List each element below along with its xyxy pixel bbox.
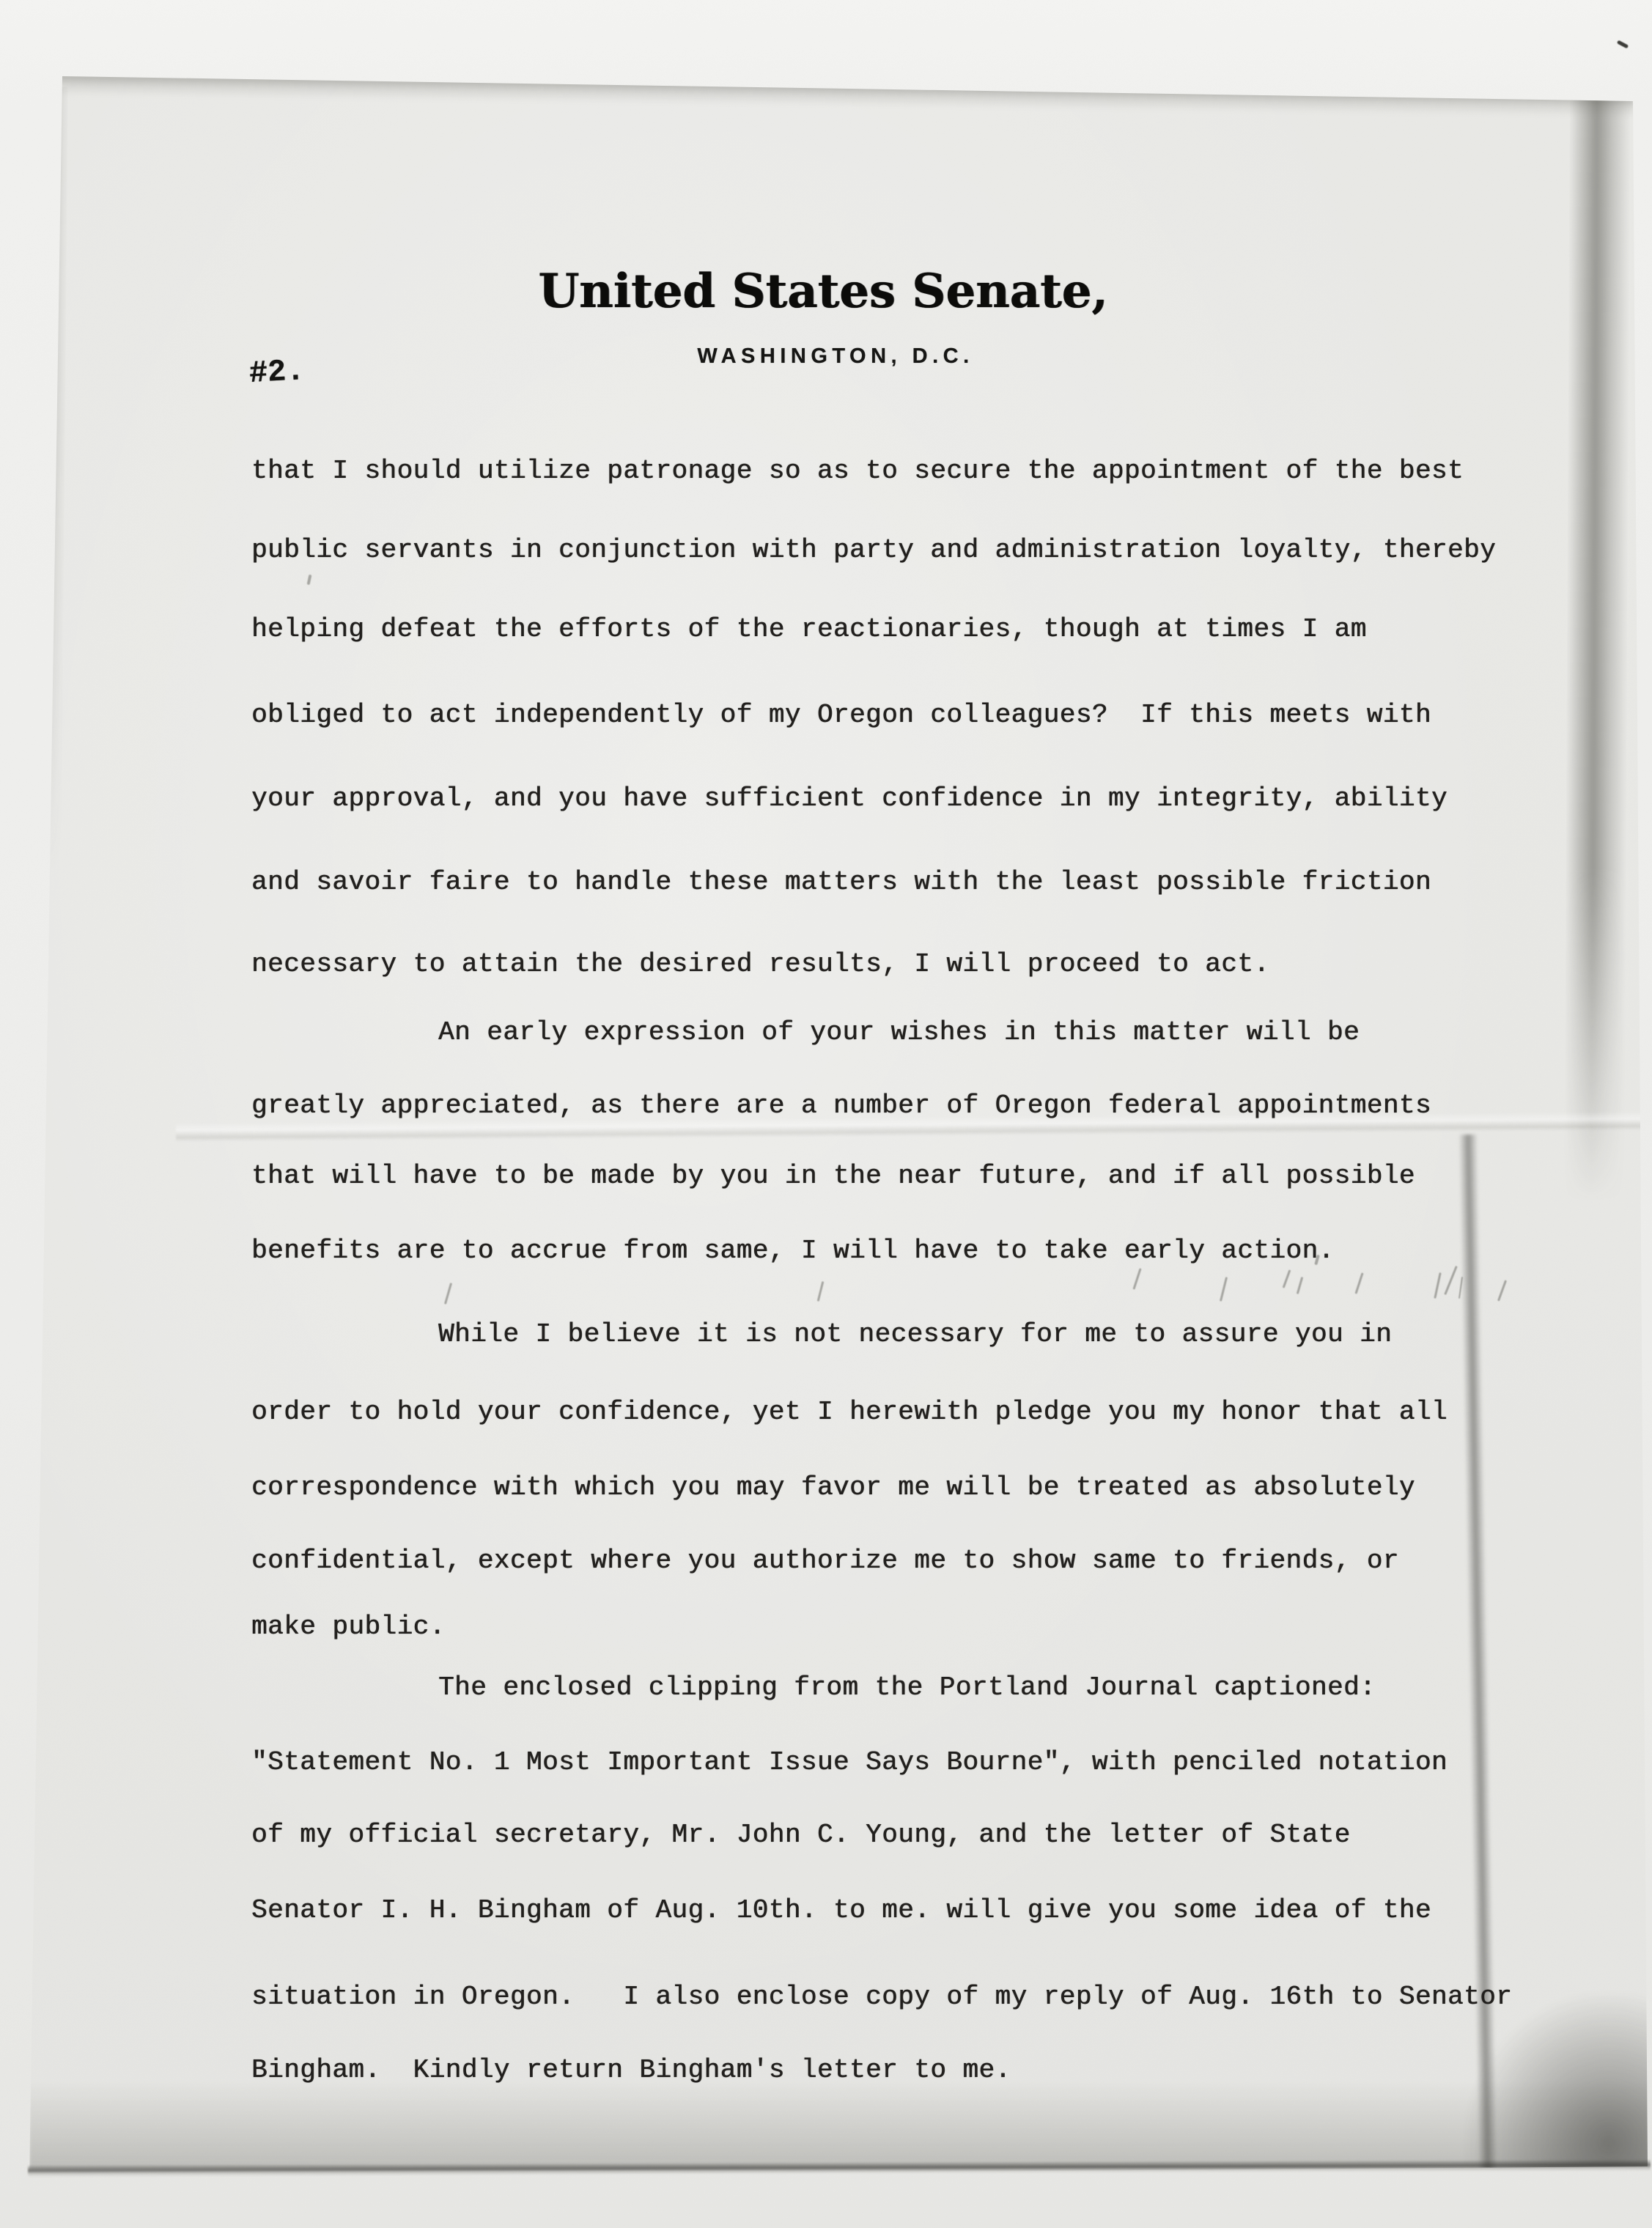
- letter-line: helping defeat the efforts of the reacti…: [251, 614, 1367, 645]
- letter-line: While I believe it is not necessary for …: [438, 1319, 1392, 1350]
- letter-line: make public.: [251, 1612, 446, 1642]
- letter-line: The enclosed clipping from the Portland …: [438, 1672, 1376, 1703]
- letter-line: of my official secretary, Mr. John C. Yo…: [251, 1820, 1351, 1851]
- letter-line: situation in Oregon. I also enclose copy…: [251, 1982, 1512, 2013]
- letter-line: An early expression of your wishes in th…: [438, 1017, 1360, 1048]
- letter-line: Senator I. H. Bingham of Aug. 10th. to m…: [251, 1895, 1431, 1926]
- letter-line: benefits are to accrue from same, I will…: [251, 1236, 1335, 1266]
- letter-line: that I should utilize patronage so as to…: [251, 456, 1464, 487]
- letter-line: Bingham. Kindly return Bingham's letter …: [251, 2055, 1011, 2086]
- letter-line: that will have to be made by you in the …: [251, 1161, 1415, 1192]
- letter-line: greatly appreciated, as there are a numb…: [251, 1091, 1431, 1121]
- letter-line: and savoir faire to handle these matters…: [251, 867, 1431, 898]
- letter-line: your approval, and you have sufficient c…: [251, 783, 1448, 814]
- letter-line: order to hold your confidence, yet I her…: [251, 1397, 1448, 1428]
- letter-body: that I should utilize patronage so as to…: [0, 0, 1652, 2228]
- letter-line: public servants in conjunction with part…: [251, 535, 1496, 566]
- letter-line: "Statement No. 1 Most Important Issue Sa…: [251, 1747, 1448, 1778]
- letter-line: obliged to act independently of my Orego…: [251, 700, 1431, 731]
- letter-line: correspondence with which you may favor …: [251, 1472, 1415, 1503]
- letter-line: confidential, except where you authorize…: [251, 1546, 1399, 1576]
- scanned-letter-page: United States Senate, WASHINGTON, D.C. #…: [0, 0, 1652, 2228]
- letter-line: necessary to attain the desired results,…: [251, 949, 1269, 980]
